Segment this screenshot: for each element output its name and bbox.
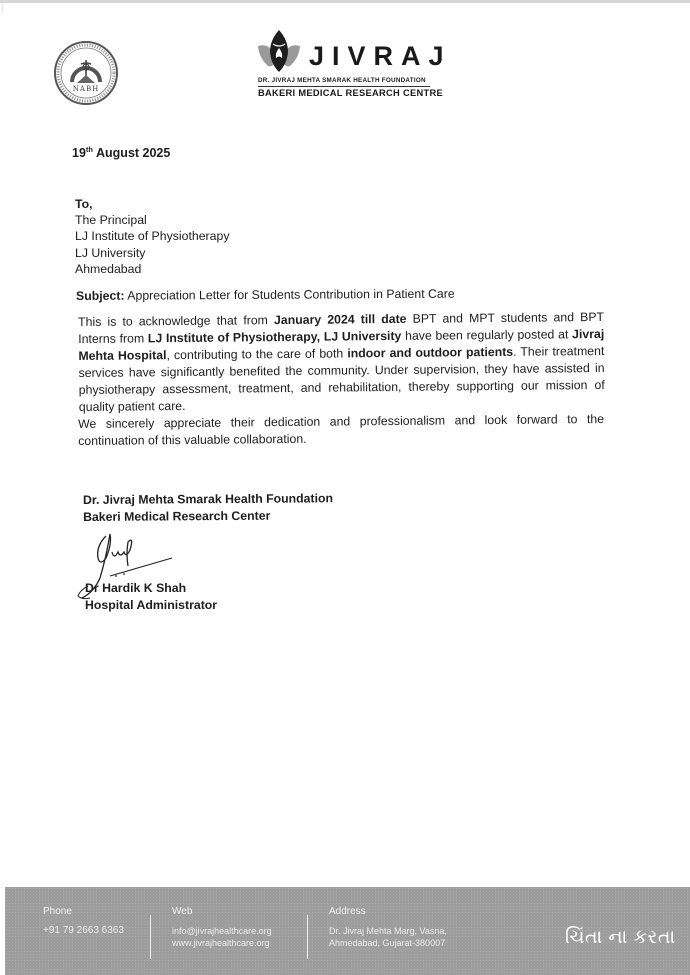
recipient-line: Ahmedabad	[75, 261, 229, 277]
footer-phone: Phone +91 79 2663 6363	[43, 906, 124, 937]
subject-text: Appreciation Letter for Students Contrib…	[124, 287, 454, 303]
lotus-flame-logo-icon	[256, 28, 302, 74]
web-site: www.jivrajhealthcare.org	[172, 937, 272, 949]
date-day: 19	[72, 146, 86, 160]
scan-top-edge	[0, 0, 690, 3]
logo-divider	[258, 86, 430, 87]
signoff-org-line: Dr. Jivraj Mehta Smarak Health Foundatio…	[83, 490, 333, 509]
date-month-year: August 2025	[93, 146, 170, 160]
signoff-org-line: Bakeri Medical Research Center	[83, 507, 333, 526]
footer-contact-bar: Phone +91 79 2663 6363 Web info@jivrajhe…	[5, 887, 690, 975]
address-line: Dr. Jivraj Mehta Marg, Vasna,	[329, 925, 447, 937]
subject-line: Subject: Appreciation Letter for Student…	[76, 286, 455, 304]
para-emphasis: LJ Institute of Physiotherapy, LJ Univer…	[148, 329, 402, 345]
recipient-line: The Principal	[75, 212, 229, 228]
footer-address: Address Dr. Jivraj Mehta Marg, Vasna, Ah…	[329, 906, 447, 949]
jivraj-logo: JIVRAJ DR. JIVRAJ MEHTA SMARAK HEALTH FO…	[256, 28, 436, 100]
footer-tagline: ચિંતા ના કરતા	[565, 927, 676, 949]
logo-wordmark: JIVRAJ	[309, 42, 452, 70]
logo-centre-name: BAKERI MEDICAL RESEARCH CENTRE	[258, 88, 430, 98]
svg-text:NABH: NABH	[73, 85, 99, 93]
signatory: Dr Hardik K Shah Hospital Administrator	[85, 580, 217, 614]
para-emphasis: indoor and outdoor patients	[347, 345, 513, 361]
logo-foundation-name: DR. JIVRAJ MEHTA SMARAK HEALTH FOUNDATIO…	[258, 77, 430, 84]
para-text: have been regularly posted at	[401, 327, 572, 343]
para-text: This is to acknowledge that from	[78, 313, 274, 329]
nabh-seal-icon: NABH	[53, 40, 119, 106]
footer-web: Web info@jivrajhealthcare.org www.jivraj…	[172, 906, 272, 949]
letter-date: 19th August 2025	[72, 142, 170, 161]
footer-divider	[307, 915, 308, 959]
para-emphasis: January 2024 till date	[274, 312, 407, 327]
body-paragraph-2: We sincerely appreciate their dedication…	[78, 411, 604, 450]
recipient-address: To, The Principal LJ Institute of Physio…	[75, 196, 229, 277]
web-email: info@jivrajhealthcare.org	[172, 925, 272, 937]
subject-label: Subject:	[76, 289, 125, 303]
address-line: Ahmedabad, Gujarat-380007	[329, 937, 447, 949]
signatory-title: Hospital Administrator	[85, 597, 217, 614]
scan-left-edge	[2, 3, 3, 13]
salutation: To,	[75, 196, 229, 212]
address-label: Address	[329, 906, 447, 917]
nabh-seal: NABH	[53, 40, 119, 106]
date-suffix: th	[86, 145, 93, 154]
footer-divider	[150, 915, 151, 959]
phone-value: +91 79 2663 6363	[43, 925, 124, 937]
signatory-name: Dr Hardik K Shah	[85, 580, 217, 597]
signoff-organization: Dr. Jivraj Mehta Smarak Health Foundatio…	[83, 490, 333, 526]
phone-label: Phone	[43, 906, 124, 917]
body-paragraph-1: This is to acknowledge that from January…	[78, 309, 605, 416]
web-label: Web	[172, 906, 272, 917]
recipient-line: LJ Institute of Physiotherapy	[75, 228, 229, 244]
recipient-line: LJ University	[75, 245, 229, 261]
para-text: , contributing to the care of both	[166, 346, 347, 362]
